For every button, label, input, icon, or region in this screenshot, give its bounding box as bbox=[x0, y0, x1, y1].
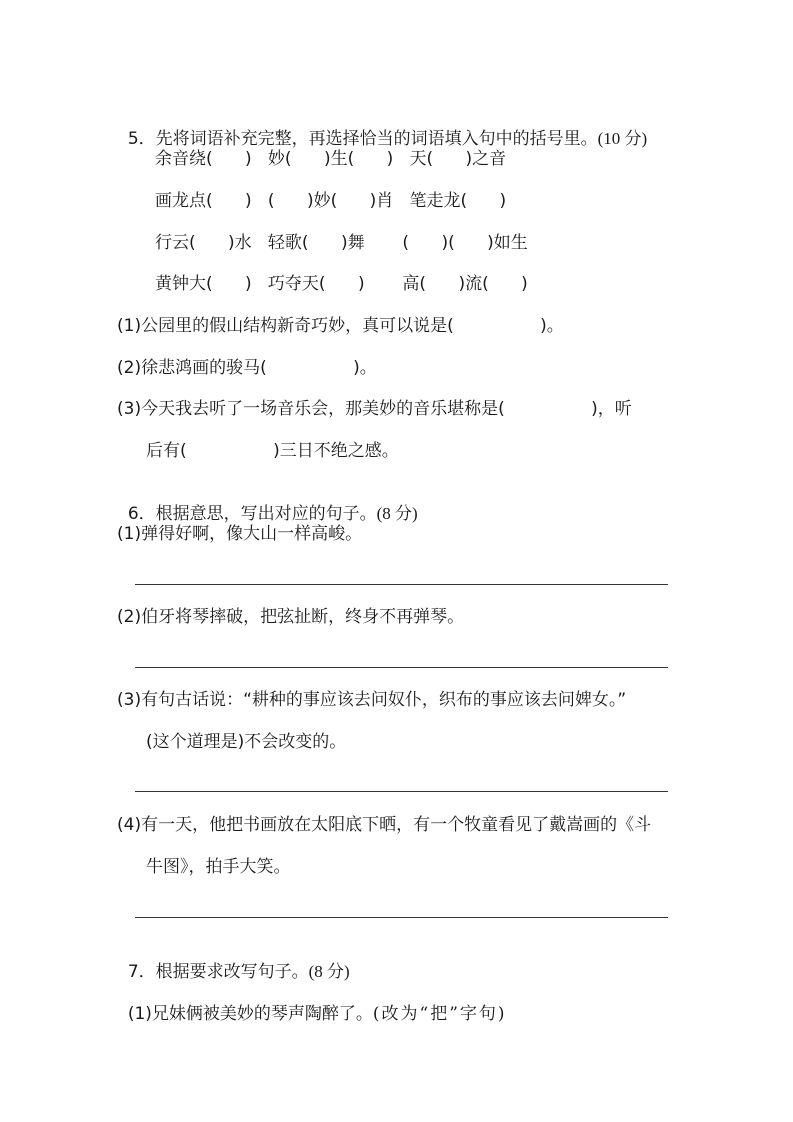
question-title: 根据要求改写句子。 bbox=[156, 962, 309, 982]
q7-sentence-1-hint: (改为“把”字句) bbox=[373, 1004, 507, 1024]
q6-sentence-1: (1)弹得好啊，像大山一样高峻。 bbox=[117, 523, 362, 545]
q6-sentence-4-line-1: (4)有一天，他把书画放在太阳底下晒，有一个牧童看见了戴嵩画的《斗 bbox=[117, 814, 651, 836]
word-fill-row-4[interactable]: 黄钟大( ) 巧夺天( ) 高( )流( ) bbox=[155, 273, 528, 295]
answer-line-3[interactable] bbox=[135, 791, 668, 792]
answer-line-1[interactable] bbox=[135, 584, 668, 585]
q7-sentence-1-text: (1)兄妹俩被美妙的琴声陶醉了。 bbox=[128, 1004, 373, 1024]
q6-sentence-2: (2)伯牙将琴摔破，把弦扯断，终身不再弹琴。 bbox=[117, 606, 464, 628]
question-score: (8 分) bbox=[309, 962, 350, 981]
word-fill-row-1[interactable]: 余音绕( ) 妙( )生( ) 天( )之音 bbox=[155, 148, 506, 170]
answer-line-2[interactable] bbox=[135, 667, 668, 668]
q5-sentence-1[interactable]: (1)公园里的假山结构新奇巧妙，真可以说是( )。 bbox=[117, 315, 564, 337]
q5-sentence-3-line-2[interactable]: 后有( )三日不绝之感。 bbox=[146, 440, 399, 462]
question-number: 6． bbox=[128, 504, 156, 524]
question-7-heading: 7．根据要求改写句子。(8 分) bbox=[117, 939, 350, 983]
question-title: 根据意思，写出对应的句子。 bbox=[156, 504, 377, 524]
question-5-heading: 5．先将词语补充完整，再选择恰当的词语填入句中的括号里。(10 分) bbox=[117, 106, 647, 150]
question-score: (8 分) bbox=[377, 504, 418, 523]
question-number: 5． bbox=[128, 129, 156, 149]
q5-sentence-3-line-1[interactable]: (3)今天我去听了一场音乐会，那美妙的音乐堪称是( )，听 bbox=[117, 398, 632, 420]
question-score: (10 分) bbox=[598, 129, 648, 148]
answer-line-4[interactable] bbox=[135, 917, 668, 918]
q5-sentence-2[interactable]: (2)徐悲鸿画的骏马( )。 bbox=[117, 357, 377, 379]
question-title: 先将词语补充完整，再选择恰当的词语填入句中的括号里。 bbox=[156, 129, 598, 149]
q6-sentence-3-line-2: (这个道理是)不会改变的。 bbox=[146, 731, 346, 753]
question-6-heading: 6．根据意思，写出对应的句子。(8 分) bbox=[117, 481, 418, 525]
q7-sentence-1: (1)兄妹俩被美妙的琴声陶醉了。(改为“把”字句) bbox=[117, 981, 507, 1025]
word-fill-row-2[interactable]: 画龙点( ) ( )妙( )肖 笔走龙( ) bbox=[155, 190, 506, 212]
q6-sentence-4-line-2: 牛图》，拍手大笑。 bbox=[146, 856, 291, 878]
question-number: 7． bbox=[128, 962, 156, 982]
q6-sentence-3-line-1: (3)有句古话说：“耕种的事应该去问奴仆，织布的事应该去问婢女。” bbox=[117, 689, 626, 711]
word-fill-row-3[interactable]: 行云( )水 轻歌( )舞 ( )( )如生 bbox=[155, 232, 528, 254]
